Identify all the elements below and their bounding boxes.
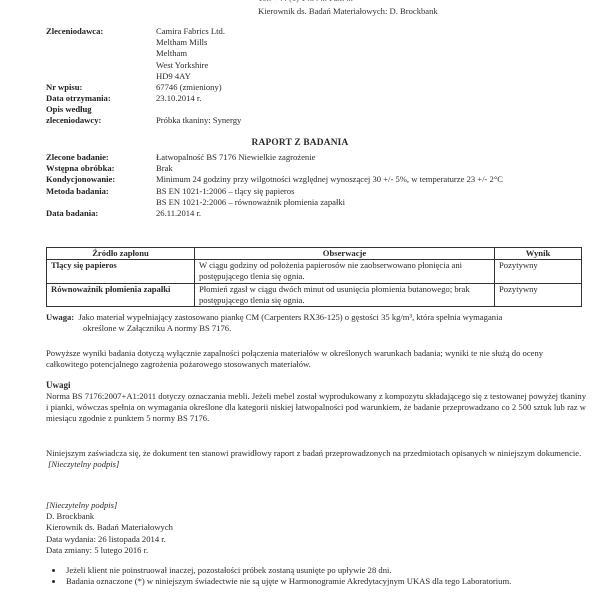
method-row: Metoda badania: BS EN 1021-1:2006 – tląc…: [46, 186, 586, 208]
description-text: Próbka tkaniny: Synergy: [156, 115, 566, 126]
conditioning-label: Kondycjonowanie:: [46, 174, 156, 185]
received-label: Data otrzymania:: [46, 93, 156, 104]
client-line: Meltham: [156, 48, 566, 59]
row-result: Pozytywny: [495, 283, 582, 306]
description-value: Próbka tkaniny: Synergy: [156, 104, 566, 126]
report-title: RAPORT Z BADANIA: [0, 137, 600, 149]
test-date-row: Data badania: 26.11.2014 r.: [46, 208, 586, 219]
entry-label: Nr wpisu:: [46, 82, 156, 93]
client-row: Zleceniodawca: Camira Fabrics Ltd. Melth…: [46, 26, 566, 82]
header-result: Wynik: [495, 248, 582, 260]
description-row: Opis według zleceniodawcy: Próbka tkanin…: [46, 104, 566, 126]
method-label: Metoda badania:: [46, 186, 156, 208]
method-line: BS EN 1021-1:2006 – tlący się papieros: [156, 186, 586, 197]
uwaga-note: Uwaga: Jako materiał wypełniający zastos…: [46, 312, 586, 334]
test-date-value: 26.11.2014 r.: [156, 208, 586, 219]
header-source: Źródło zapłonu: [47, 248, 195, 260]
conditioning-row: Kondycjonowanie: Minimum 24 godziny przy…: [46, 174, 586, 185]
uwaga-line2: określone w Załączniku A normy BS 7176.: [46, 323, 586, 334]
ordered-value: Łatwopalność BS 7176 Niewielkie zagrożen…: [156, 152, 586, 163]
client-line: HD9 4AY: [156, 71, 566, 82]
header-signatory: Kierownik ds. Badań Materiałowych: D. Br…: [258, 6, 438, 17]
description-label-line: Opis według: [46, 104, 156, 115]
footnotes: Jeżeli klient nie poinstruował inaczej, …: [46, 565, 600, 587]
row-observation: Płomień zgasł w ciągu dwóch minut od usu…: [195, 283, 495, 306]
client-address: Camira Fabrics Ltd. Meltham Mills Meltha…: [156, 26, 566, 82]
ordered-label: Zlecone badanie:: [46, 152, 156, 163]
client-label: Zleceniodawca:: [46, 26, 156, 82]
header-fragment: Tel: +44 (0) 1484 ... Fax: ...: [258, 0, 353, 4]
table-row: Tlący się papieros W ciągu godziny od po…: [47, 260, 582, 283]
client-line: West Yorkshire: [156, 60, 566, 71]
results-table: Źródło zapłonu Obserwacje Wynik Tlący si…: [46, 247, 582, 307]
illegible-signature: [Nieczytelny podpis]: [46, 459, 586, 470]
entry-row: Nr wpisu: 67746 (zmieniony): [46, 82, 566, 93]
pretreatment-label: Wstępna obróbka:: [46, 163, 156, 174]
uwaga-line1: Jako materiał wypełniający zastosowano p…: [78, 312, 502, 322]
conditioning-value: Minimum 24 godziny przy wilgotności wzgl…: [156, 174, 586, 185]
pretreatment-row: Wstępna obróbka: Brak: [46, 163, 586, 174]
client-line: Camira Fabrics Ltd.: [156, 26, 566, 37]
description-label: Opis według zleceniodawcy:: [46, 104, 156, 126]
description-label-line: zleceniodawcy:: [46, 115, 156, 126]
client-line: Meltham Mills: [156, 37, 566, 48]
scope-paragraph: Powyższe wyniki badania dotyczą wyłączni…: [46, 348, 586, 370]
test-date-label: Data badania:: [46, 208, 156, 219]
signature-label: [Nieczytelny podpis]: [46, 500, 446, 511]
received-row: Data otrzymania: 23.10.2014 r.: [46, 93, 566, 104]
footnote-item: Jeżeli klient nie poinstruował inaczej, …: [64, 565, 600, 576]
certification-text: Niniejszym zaświadcza się, że dokument t…: [46, 448, 586, 459]
certification: Niniejszym zaświadcza się, że dokument t…: [46, 448, 586, 470]
row-observation: W ciągu godziny od położenia papierosów …: [195, 260, 495, 283]
change-date: Data zmiany: 5 lutego 2016 r.: [46, 545, 446, 556]
method-line: BS EN 1021-2:2006 – równoważnik płomieni…: [156, 197, 586, 208]
signatory-name: D. Brockbank: [46, 511, 446, 522]
row-source: Tlący się papieros: [47, 260, 195, 283]
client-details: Zleceniodawca: Camira Fabrics Ltd. Melth…: [46, 26, 566, 127]
table-row: Równoważnik płomienia zapałki Płomień zg…: [47, 283, 582, 306]
uwaga-label: Uwaga:: [46, 312, 74, 322]
pretreatment-value: Brak: [156, 163, 586, 174]
row-result: Pozytywny: [495, 260, 582, 283]
test-details: Zlecone badanie: Łatwopalność BS 7176 Ni…: [46, 152, 586, 219]
results-header-row: Źródło zapłonu Obserwacje Wynik: [47, 248, 582, 260]
uwagi-title: Uwagi: [46, 380, 71, 392]
entry-value: 67746 (zmieniony): [156, 82, 566, 93]
uwagi-paragraph: Norma BS 7176:2007+A1:2011 dotyczy oznac…: [46, 391, 586, 425]
header-observations: Obserwacje: [195, 248, 495, 260]
issue-date: Data wydania: 26 listopada 2014 r.: [46, 534, 446, 545]
footnote-item: Badania oznaczone (*) w niniejszym świad…: [64, 576, 600, 587]
signatory-role: Kierownik ds. Badań Materiałowych: [46, 522, 446, 533]
row-source: Równoważnik płomienia zapałki: [47, 283, 195, 306]
method-values: BS EN 1021-1:2006 – tlący się papieros B…: [156, 186, 586, 208]
ordered-row: Zlecone badanie: Łatwopalność BS 7176 Ni…: [46, 152, 586, 163]
received-value: 23.10.2014 r.: [156, 93, 566, 104]
signature-block: [Nieczytelny podpis] D. Brockbank Kierow…: [46, 500, 446, 556]
